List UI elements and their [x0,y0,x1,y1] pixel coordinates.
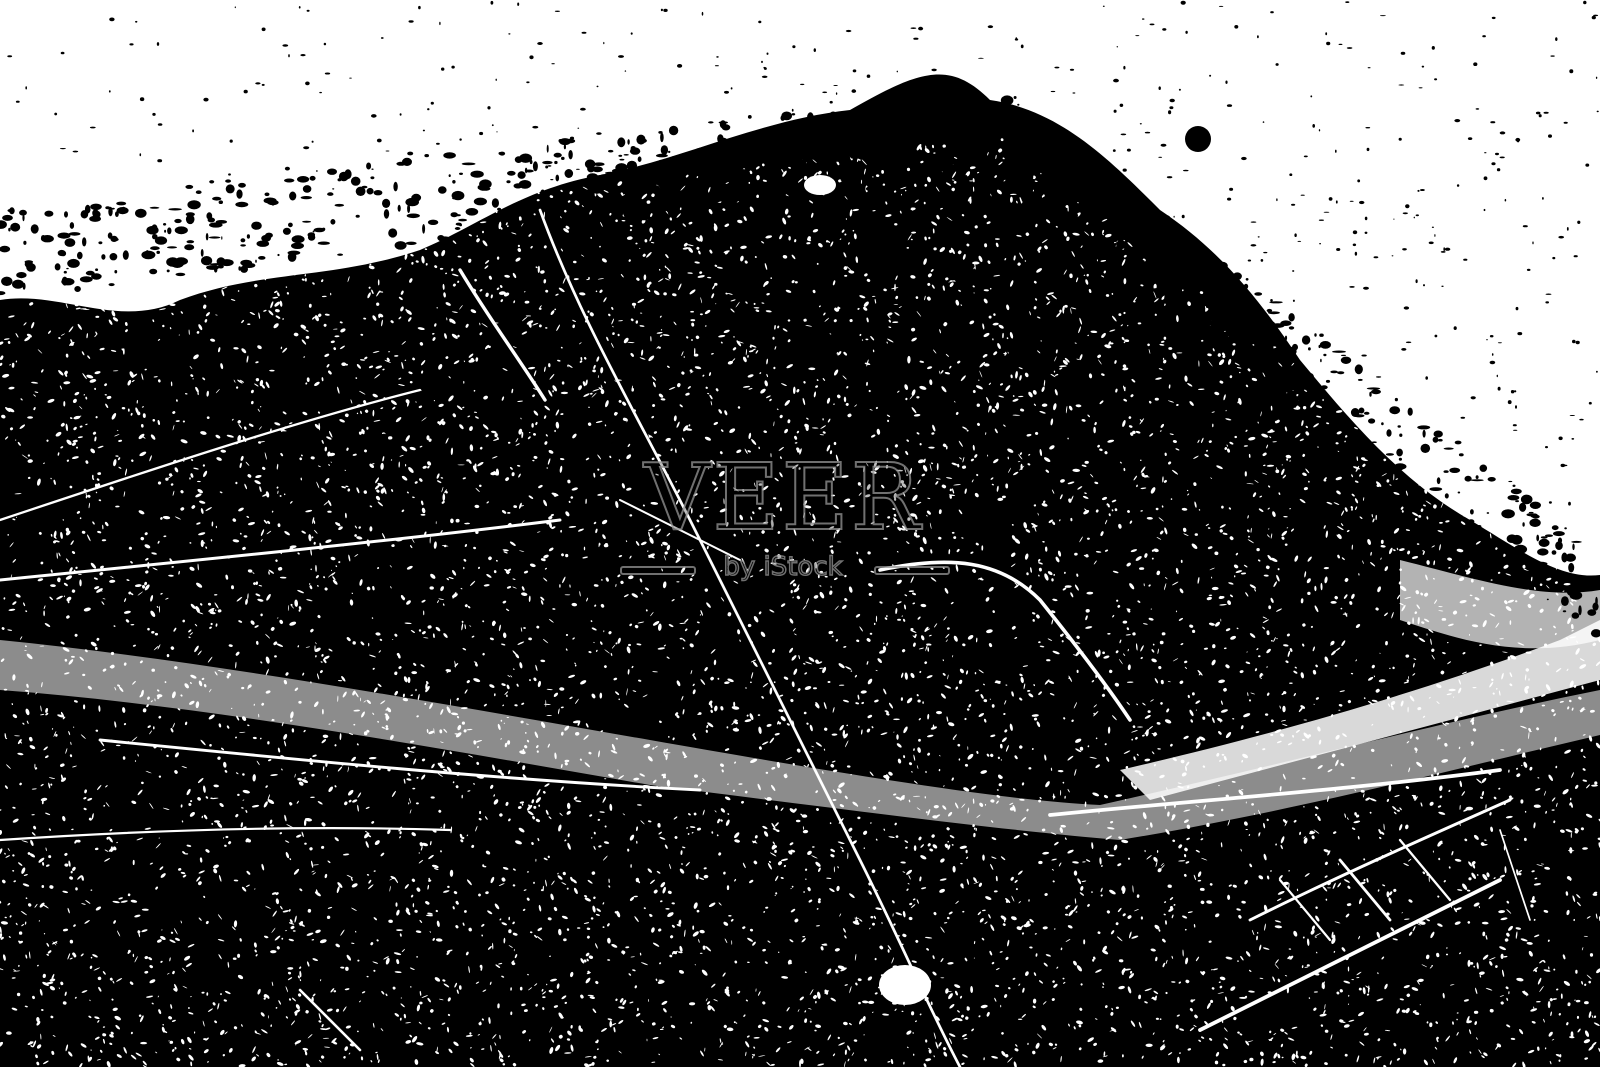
grunge-texture-image: VEER by iStock [0,0,1600,1067]
texture-canvas [0,0,1600,1067]
